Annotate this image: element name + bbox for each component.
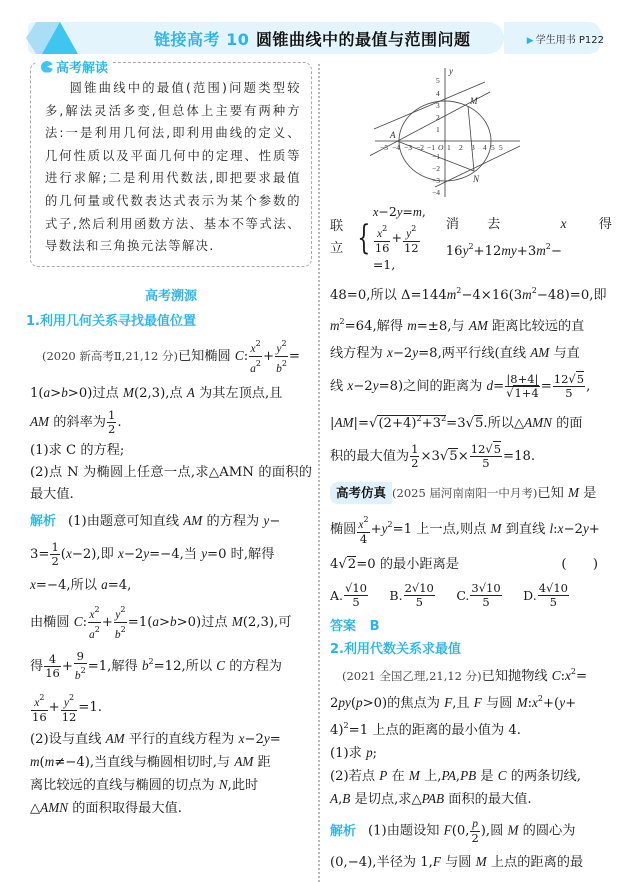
- part1-solution-line2: 3=12(x−2),即 x−2y=−4,当 y=0 时,解得: [30, 541, 312, 568]
- answer-bracket: ( ): [561, 554, 598, 576]
- part1-source: (2020 新高考Ⅱ,21,12 分): [42, 349, 178, 363]
- reference-text: 学生用书 P122: [536, 35, 604, 46]
- part1-solution-line9: 离比较远的直线与椭圆的切点为 N,此时: [30, 774, 312, 797]
- svg-text:−3: −3: [404, 143, 412, 152]
- answer-value: B: [370, 619, 380, 634]
- part2-solution: 解析(1)由题设知 F(0,p2),圆 M 的圆心为: [330, 817, 612, 845]
- part2-q1: (1)求 p;: [330, 742, 612, 765]
- svg-text:5: 5: [491, 143, 495, 152]
- svg-text:M: M: [469, 96, 478, 106]
- intro-tag: 高考解读: [37, 57, 112, 76]
- ellipse-diagram: y A M N −5−4−3−2−1 O123455 54321 −1−2−3−…: [370, 62, 530, 202]
- solution-line-am: |AM|=√(2+4)2+32=3√5.所以△AMN 的面: [330, 408, 612, 435]
- part2-solution-line2: (0,−4),半径为 1,F 与圆 M 上点的距离的最: [330, 851, 612, 874]
- practice-problem: 高考仿真(2025 届河南南阳一中月考)已知 M 是: [330, 482, 612, 505]
- part2-q2: (2)若点 P 在 M 上,PA,PB 是 C 的两条切线,: [330, 765, 612, 788]
- svg-text:−4: −4: [432, 188, 440, 197]
- part2-heading: 2.利用代数关系求最值: [330, 638, 612, 657]
- part1-q2: (2)点 N 为椭圆上任意一点,求△AMN 的面积的最大值.: [30, 462, 312, 506]
- choice-b[interactable]: B.2√105: [389, 582, 435, 609]
- svg-text:−4: −4: [392, 143, 400, 152]
- part1-solution: 解析(1)由题意可知直线 AM 的方程为 y−: [30, 510, 312, 533]
- choice-d[interactable]: D.4√105: [523, 582, 570, 609]
- svg-text:N: N: [472, 174, 480, 184]
- part1-solution-line4: 由椭圆 C:x2a2+y2b2=1(a>b>0)过点 M(2,3),可: [30, 603, 312, 642]
- intro-tag-label: 高考解读: [56, 57, 108, 76]
- svg-text:4: 4: [436, 89, 440, 98]
- part1-solution-line10: △AMN 的面积取得最大值.: [30, 797, 312, 820]
- practice-line2: 椭圆x24+y2=1 上一点,则点 M 到直线 l:x−2y+: [330, 513, 612, 546]
- svg-text:A: A: [389, 130, 396, 140]
- ellipse-figure: y A M N −5−4−3−2−1 O123455 54321 −1−2−3−…: [330, 62, 612, 200]
- solution-line-max: 积的最大值为12×3√5×12√55=18.: [330, 443, 612, 470]
- svg-text:5: 5: [436, 76, 440, 85]
- svg-text:−2: −2: [416, 143, 424, 152]
- part2-source: (2021 全国乙理,21,12 分): [342, 669, 482, 683]
- part1-solution-line7: (2)设与直线 AM 平行的直线方程为 x−2y=: [30, 728, 312, 751]
- left-column: 高考解读 圆锥曲线中的最值(范围)问题类型较多,解法灵活多变,但总体上主要有两种…: [30, 62, 312, 820]
- part1-solution-line5: 得416+9b2=1,解得 b2=12,所以 C 的方程为: [30, 650, 312, 683]
- intro-text: 圆锥曲线中的最值(范围)问题类型较多,解法灵活多变,但总体上主要有两种方法:一是…: [45, 77, 301, 258]
- solution-line-m: m2=64,解得 m=±8,与 AM 距离比较远的直: [330, 311, 612, 338]
- part1-problem-line3: AM 的斜率为12.: [30, 409, 312, 436]
- svg-text:4: 4: [483, 143, 487, 152]
- pacman-icon: [41, 61, 53, 73]
- system-equation: 联立 { x−2y=m, x216+y212=1, 消去 x 得 16y2+12…: [330, 202, 612, 274]
- chevron-right-icon: ▶: [527, 36, 534, 46]
- reference-link[interactable]: ▶学生用书 P122: [527, 31, 604, 46]
- svg-text:3: 3: [471, 143, 475, 152]
- answer-label: 答案: [330, 619, 356, 634]
- practice-line3: 4√2=0 的最小距离是 ( ): [330, 554, 612, 576]
- part1-solution-line3: x=−4,所以 a=4,: [30, 574, 312, 597]
- svg-text:y: y: [448, 66, 453, 76]
- chapter-label: 链接高考 10: [154, 27, 249, 50]
- choices: A.√105 B.2√105 C.3√105 D.4√105: [330, 582, 570, 609]
- svg-text:−3: −3: [432, 176, 440, 185]
- analysis-label: 解析: [30, 514, 56, 529]
- part1-solution-line8: m(m≠−4),当直线与椭圆相切时,与 AM 距: [30, 751, 312, 774]
- svg-text:−5: −5: [380, 143, 388, 152]
- part2-q2-line2: A,B 是切点,求△PAB 面积的最大值.: [330, 788, 612, 811]
- solution-line-tangent: 线方程为 x−2y=8,两平行线(直线 AM 与直: [330, 342, 612, 365]
- part2-problem: (2021 全国乙理,21,12 分)已知抛物线 C:x2=: [330, 661, 612, 688]
- column-divider: [318, 64, 320, 882]
- svg-text:2: 2: [459, 143, 463, 152]
- part2-problem-line2: 2py(p>0)的焦点为 F,且 F 与圆 M:x2+(y+: [330, 688, 612, 715]
- svg-text:5: 5: [499, 143, 503, 152]
- svg-text:−2: −2: [432, 164, 440, 173]
- section-title: 高考溯源: [30, 285, 312, 304]
- practice-source: (2025 届河南南阳一中月考): [392, 486, 537, 500]
- svg-text:1: 1: [447, 143, 451, 152]
- part1-heading: 1.利用几何关系寻找最值位置: [26, 310, 312, 329]
- analysis-label: 解析: [330, 824, 356, 839]
- svg-text:−1: −1: [427, 143, 435, 152]
- system-label: 联立: [330, 216, 355, 260]
- solution-line-distance: 线 x−2y=8)之间的距离为 d=|8+4|√1+4=12√55,: [330, 373, 612, 400]
- answer: 答案 B: [330, 615, 612, 634]
- part1-problem-line2: 1(a>b>0)过点 M(2,3),点 A 为其左顶点,且: [30, 382, 312, 405]
- svg-text:1: 1: [436, 125, 440, 134]
- part1-problem: (2020 新高考Ⅱ,21,12 分)已知椭圆 C:x2a2+y2b2=: [30, 337, 312, 376]
- svg-text:3: 3: [436, 101, 440, 110]
- choice-a[interactable]: A.√105: [330, 582, 369, 609]
- part2-problem-line3: 4)2=1 上点的距离的最小值为 4.: [330, 715, 612, 742]
- svg-text:−1: −1: [432, 152, 440, 161]
- part1-solution-line6: x216+y212=1.: [30, 691, 312, 724]
- page-title: 圆锥曲线中的最值与范围问题: [256, 27, 471, 50]
- part1-q1: (1)求 C 的方程;: [30, 440, 312, 462]
- chapter-banner: 链接高考 10 圆锥曲线中的最值与范围问题 ▶学生用书 P122: [28, 22, 504, 54]
- choice-c[interactable]: C.3√105: [456, 582, 502, 609]
- practice-tag: 高考仿真: [330, 482, 392, 504]
- right-column: y A M N −5−4−3−2−1 O123455 54321 −1−2−3−…: [330, 62, 612, 874]
- svg-text:2: 2: [436, 113, 440, 122]
- solution-line-delta: 48=0,所以 Δ=144m2−4×16(3m2−48)=0,即: [330, 280, 612, 307]
- svg-text:O: O: [438, 143, 444, 152]
- intro-box: 高考解读 圆锥曲线中的最值(范围)问题类型较多,解法灵活多变,但总体上主要有两种…: [30, 62, 312, 267]
